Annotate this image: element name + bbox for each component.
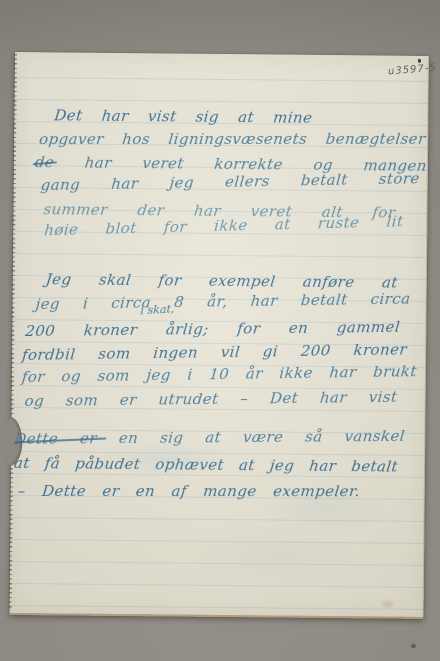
handwriting-line: opgaver hos ligningsvæsenets benægtelser (38, 128, 427, 150)
perforated-edge (9, 54, 17, 609)
inserted-text: i skat, (140, 303, 175, 317)
handwriting-line: og som er utrudet – Det har vist (24, 386, 399, 412)
catalog-number: u3597-5 (380, 63, 437, 79)
note-paper: u3597-5 Det har vist sig at mine opgaver… (10, 52, 429, 619)
handwriting-line: jeg i circa 8 år, har betalt circa (35, 288, 412, 316)
paper-stain (380, 599, 396, 610)
handwriting-line: at få påbudet ophævet at jeg har betalt (13, 452, 400, 478)
photograph-backdrop: u3597-5 Det har vist sig at mine opgaver… (0, 0, 440, 661)
pencil-speck (418, 59, 421, 63)
dust-speck (411, 644, 416, 648)
handwriting-line: for og som jeg i 10 år ikke har brukt (21, 360, 418, 388)
handwriting-line: Dette er en sig at være så vanskel (13, 425, 406, 450)
handwriting-line: 200 kroner årlig; for en gammel (24, 316, 401, 342)
handwriting-line: – Dette er en af mange exempeler. (17, 480, 362, 502)
handwriting-line: Det har vist sig at mine (53, 104, 314, 128)
ink-bleed-smudge (190, 522, 361, 588)
